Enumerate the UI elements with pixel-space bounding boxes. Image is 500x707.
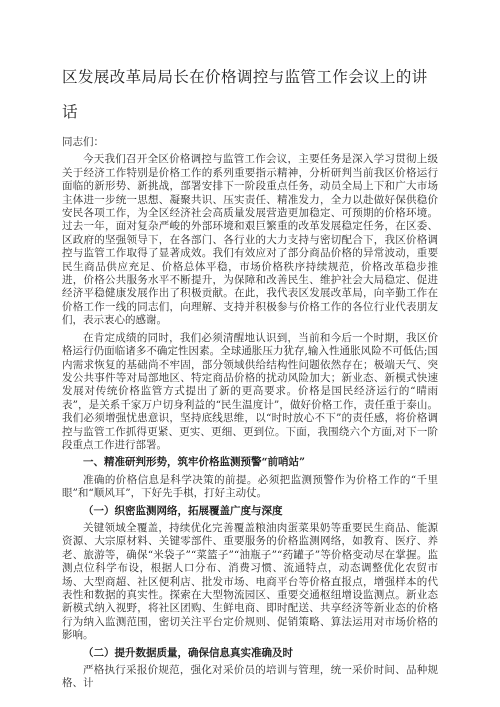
paragraph: 关键领域全覆盖，持续优化完善覆盖粮油肉蛋菜果奶等重要民生商品、能源资源、大宗原材… <box>62 522 438 643</box>
paragraph: 在肯定成绩的同时，我们必须清醒地认识到，当前和今后一个时期，我区价格运行仍面临诸… <box>62 332 438 453</box>
section-heading2: （二）提升数据质量，确保信息真实准确及时 <box>62 647 438 660</box>
paragraph: 今天我们召开全区价格调控与监管工作会议，主要任务是深入学习贯彻上级关于经济工作特… <box>62 153 438 327</box>
document-body: 今天我们召开全区价格调控与监管工作会议，主要任务是深入学习贯彻上级关于经济工作特… <box>62 153 438 690</box>
document-page: 区发展改革局局长在价格调控与监管工作会议上的讲话 同志们： 今天我们召开全区价格… <box>0 0 500 707</box>
paragraph: 严格执行采报价规范，强化对采价员的培训与管理，统一采价时间、品种规格、计 <box>62 664 438 691</box>
paragraph: 准确的价格信息是科学决策的前提。必须把监测预警作为价格工作的“千里眼”和“顺风耳… <box>62 474 438 501</box>
section-heading1: 一、精准研判形势，筑牢价格监测预警“前哨站” <box>62 456 438 469</box>
salutation: 同志们： <box>62 136 438 149</box>
page-title: 区发展改革局局长在价格调控与监管工作会议上的讲话 <box>62 60 438 130</box>
section-heading2: （一）织密监测网络，拓展覆盖广度与深度 <box>62 505 438 518</box>
